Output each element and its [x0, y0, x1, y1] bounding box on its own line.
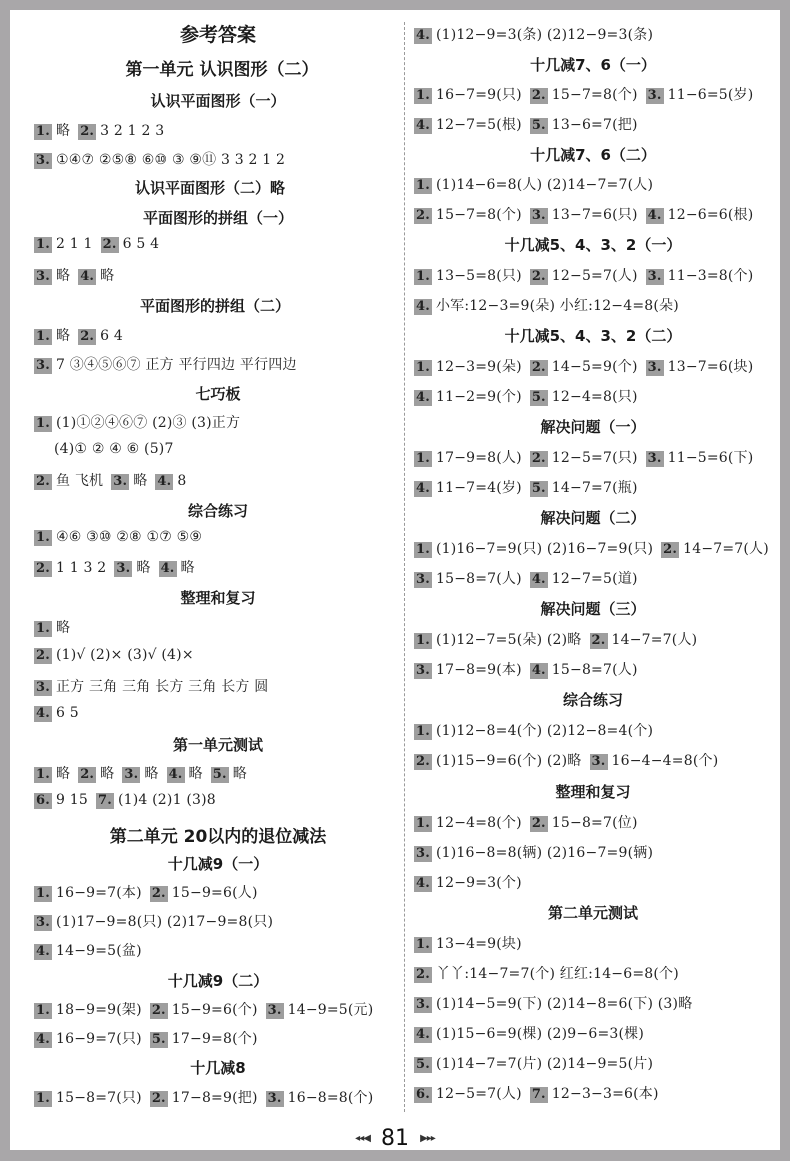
answer-line: 6.12−5=7(人)7.12−3−3=6(本) [414, 1083, 667, 1103]
question-number-badge: 4. [530, 663, 548, 679]
section-title: 解决问题（一） [540, 416, 645, 437]
answer-item: 2.17−8=9(把) [150, 1090, 258, 1106]
answer-text: 6 5 4 [123, 236, 160, 252]
answer-text: 15−9=6(个) [172, 1002, 258, 1018]
section-title: 认识平面图形（一） [150, 90, 285, 111]
answer-line: 1.17−9=8(人)2.12−5=7(只)3.11−5=6(下) [414, 447, 761, 467]
answer-item: 1.17−9=8(人) [414, 450, 522, 466]
answer-item: 2.15−7=8(个) [530, 87, 638, 103]
section-title: 第一单元测试 [173, 734, 263, 755]
answer-line: 3.(1)14−5=9(下) (2)14−8=6(下) (3)略 [414, 993, 700, 1013]
answer-text: 14−7=7(人) [612, 632, 698, 648]
answer-item: 1.12−3=9(朵) [414, 359, 522, 375]
answer-text: 14−9=5(盆) [56, 943, 142, 959]
answer-item: 5.略 [211, 766, 247, 782]
question-number-badge: 3. [646, 451, 664, 467]
answer-item: 1.15−8=7(只) [34, 1090, 142, 1106]
section-title: 解决问题（二） [540, 507, 645, 528]
question-number-badge: 3. [114, 561, 132, 577]
answer-line: 3.略4.略 [34, 265, 122, 285]
answer-item: 3.略 [114, 560, 150, 576]
answer-line: 1.13−4=9(块) [414, 933, 530, 953]
question-number-badge: 1. [414, 88, 432, 104]
answer-text: 17−8=9(把) [172, 1090, 258, 1106]
answer-item: 1.(1)12−7=5(朵) (2)略 [414, 632, 582, 648]
answer-text: 9 15 [56, 792, 88, 808]
answer-item: 4.16−9=7(只) [34, 1031, 142, 1047]
answer-line: 4.12−7=5(根)5.13−6=7(把) [414, 114, 646, 134]
question-number-badge: 3. [34, 269, 52, 285]
answer-text: 13−7=6(只) [552, 207, 638, 223]
answer-text: (1)14−5=9(下) (2)14−8=6(下) (3)略 [436, 996, 692, 1012]
question-number-badge: 4. [414, 1027, 432, 1043]
section-title: 十几减5、4、3、2（二） [505, 325, 682, 346]
question-number-badge: 2. [150, 1091, 168, 1107]
question-number-badge: 1. [34, 767, 52, 783]
question-number-badge: 4. [646, 208, 664, 224]
answer-text: 略 [56, 766, 70, 782]
question-number-badge: 3. [34, 915, 52, 931]
answer-text: 6 4 [100, 328, 123, 344]
question-number-badge: 3. [34, 153, 52, 169]
answer-text: 12−3=9(朵) [436, 359, 522, 375]
answer-item: 5.13−6=7(把) [530, 117, 638, 133]
page-number: 81 [381, 1126, 409, 1151]
answer-text: 12−7=5(根) [436, 117, 522, 133]
question-number-badge: 4. [34, 706, 52, 722]
prev-arrows-icon: ◂◂◀ [355, 1133, 370, 1144]
answer-item: 1.(1)14−6=8(人) (2)14−7=7(人) [414, 177, 653, 193]
answer-item: 2.6 5 4 [101, 236, 160, 252]
question-number-badge: 6. [414, 1087, 432, 1103]
section-title: 认识平面图形（二）略 [135, 177, 285, 198]
question-number-badge: 1. [34, 329, 52, 345]
question-number-badge: 1. [414, 451, 432, 467]
question-number-badge: 2. [590, 633, 608, 649]
answer-text: 13−5=8(只) [436, 268, 522, 284]
answer-line: 4.小军:12−3=9(朵) 小红:12−4=8(朵) [414, 295, 687, 315]
question-number-badge: 3. [34, 358, 52, 374]
answer-item: 1.13−5=8(只) [414, 268, 522, 284]
answer-line: 4.12−9=3(个) [414, 872, 530, 892]
question-number-badge: 4. [414, 28, 432, 44]
question-number-badge: 1. [414, 724, 432, 740]
answer-item: 1.(1)12−8=4(个) (2)12−8=4(个) [414, 723, 653, 739]
next-arrows-icon: ▶▸▸ [420, 1133, 435, 1144]
question-number-badge: 1. [34, 621, 52, 637]
answer-text: 2 1 1 [56, 236, 93, 252]
question-number-badge: 3. [530, 208, 548, 224]
question-number-badge: 2. [150, 1003, 168, 1019]
question-number-badge: 2. [414, 967, 432, 983]
answer-text: 18−9=9(架) [56, 1002, 142, 1018]
answer-text: 略 [56, 268, 70, 284]
section-title: 十几减8 [190, 1057, 245, 1078]
unit2-title: 第二单元 20以内的退位减法 [110, 822, 327, 847]
answer-text: 16−9=7(只) [56, 1031, 142, 1047]
question-number-badge: 2. [78, 767, 96, 783]
answer-item: 1.略 [34, 123, 70, 139]
question-number-badge: 1. [34, 416, 52, 432]
section-title: 十几减7、6（二） [530, 144, 656, 165]
answer-text: 丫丫:14−7=7(个) 红红:14−6=8(个) [436, 966, 679, 982]
answer-text: (1)17−9=8(只) (2)17−9=8(只) [56, 914, 273, 930]
question-number-badge: 5. [414, 1057, 432, 1073]
answer-text: 3 2 1 2 3 [100, 123, 164, 139]
answer-text: ④⑥ ③⑩ ②⑧ ①⑦ ⑤⑨ [56, 529, 202, 545]
question-number-badge: 3. [266, 1003, 284, 1019]
answer-item: 3.①④⑦ ②⑤⑧ ⑥⑩ ③ ⑨⑪ 3 3 2 1 2 [34, 152, 285, 168]
question-number-badge: 7. [530, 1087, 548, 1103]
answer-line: 1.(1)①②④⑥⑦ (2)③ (3)正方 [34, 412, 248, 432]
answer-text: 15−7=8(个) [436, 207, 522, 223]
answer-text: 7 ③④⑤⑥⑦ 正方 平行四边 平行四边 [56, 357, 297, 373]
answer-item: 2.略 [78, 766, 114, 782]
answer-item: 3.(1)14−5=9(下) (2)14−8=6(下) (3)略 [414, 996, 692, 1012]
question-number-badge: 4. [414, 118, 432, 134]
answer-item: 4.15−8=7(人) [530, 662, 638, 678]
answer-line: 5.(1)14−7=7(片) (2)14−9=5(片) [414, 1053, 661, 1073]
question-number-badge: 4. [155, 474, 173, 490]
answer-line: 3.15−8=7(人)4.12−7=5(道) [414, 568, 646, 588]
answer-item: 3.16−4−4=8(个) [590, 753, 719, 769]
question-number-badge: 3. [414, 572, 432, 588]
answer-text: (1)15−6=9(棵) (2)9−6=3(棵) [436, 1026, 644, 1042]
answer-line: 2.(1)15−9=6(个) (2)略3.16−4−4=8(个) [414, 750, 726, 770]
question-number-badge: 4. [78, 269, 96, 285]
question-number-badge: 3. [414, 663, 432, 679]
column-divider [404, 22, 405, 1112]
answer-item: 2.6 4 [78, 328, 123, 344]
answer-text: (1)16−8=8(辆) (2)16−7=9(辆) [436, 845, 653, 861]
answer-line: 4.16−9=7(只)5.17−9=8(个) [34, 1028, 266, 1048]
answer-text: 13−7=6(块) [668, 359, 754, 375]
answer-text: (1)12−7=5(朵) (2)略 [436, 632, 582, 648]
question-number-badge: 5. [150, 1032, 168, 1048]
answer-key-page: 参考答案 第一单元 认识图形（二） 认识平面图形（一） 1.略2.3 2 1 2… [10, 10, 780, 1150]
answer-item: 2.12−5=7(人) [530, 268, 638, 284]
question-number-badge: 2. [530, 88, 548, 104]
section-title: 十几减9（二） [168, 970, 268, 991]
question-number-badge: 2. [150, 886, 168, 902]
question-number-badge: 1. [414, 816, 432, 832]
answer-text: 11−7=4(岁) [436, 480, 522, 496]
answer-text: (1)√ (2)× (3)√ (4)× [56, 647, 194, 663]
answer-text: (1)15−9=6(个) (2)略 [436, 753, 582, 769]
answer-line: 1.16−7=9(只)2.15−7=8(个)3.11−6=5(岁) [414, 84, 761, 104]
answer-text: 15−8=7(人) [436, 571, 522, 587]
answer-text: 略 [56, 328, 70, 344]
question-number-badge: 3. [646, 360, 664, 376]
answer-text: 略 [136, 560, 150, 576]
answer-text: 11−3=8(个) [668, 268, 754, 284]
section-title: 七巧板 [195, 383, 240, 404]
answer-text: 13−6=7(把) [552, 117, 638, 133]
answer-text: (1)12−8=4(个) (2)12−8=4(个) [436, 723, 653, 739]
answer-item: 1.2 1 1 [34, 236, 93, 252]
answer-line: 3.(1)17−9=8(只) (2)17−9=8(只) [34, 911, 281, 931]
question-number-badge: 2. [530, 816, 548, 832]
answer-text: 12−5=7(只) [552, 450, 638, 466]
answer-text: 略 [100, 268, 114, 284]
question-number-badge: 1. [34, 530, 52, 546]
question-number-badge: 4. [414, 481, 432, 497]
answer-item: 1.12−4=8(个) [414, 815, 522, 831]
answer-line: 1.(1)12−7=5(朵) (2)略2.14−7=7(人) [414, 629, 705, 649]
answer-item: 4.略 [78, 268, 114, 284]
answer-item: 2.15−7=8(个) [414, 207, 522, 223]
question-number-badge: 4. [34, 944, 52, 960]
answer-text: 11−5=6(下) [668, 450, 754, 466]
question-number-badge: 4. [34, 1032, 52, 1048]
question-number-badge: 3. [590, 754, 608, 770]
answer-item: 1.18−9=9(架) [34, 1002, 142, 1018]
answer-text: 略 [144, 766, 158, 782]
answer-text: (1)14−7=7(片) (2)14−9=5(片) [436, 1056, 653, 1072]
question-number-badge: 5. [530, 390, 548, 406]
answer-text: 16−7=9(只) [436, 87, 522, 103]
question-number-badge: 1. [414, 269, 432, 285]
answer-line: 1.2 1 12.6 5 4 [34, 236, 167, 253]
answer-text: 8 [177, 473, 186, 489]
section-title: 整理和复习 [180, 587, 255, 608]
answer-item: 5.17−9=8(个) [150, 1031, 258, 1047]
answer-item: 2.14−7=7(人) [590, 632, 698, 648]
answer-item: 6.9 15 [34, 792, 88, 808]
answer-text: (1)12−9=3(条) (2)12−9=3(条) [436, 27, 653, 43]
answer-line: 4.(1)12−9=3(条) (2)12−9=3(条) [414, 24, 661, 44]
answer-text: ①④⑦ ②⑤⑧ ⑥⑩ ③ ⑨⑪ 3 3 2 1 2 [56, 152, 285, 168]
answer-text: 6 5 [56, 705, 79, 721]
answer-line: 1.略2.3 2 1 2 3 [34, 120, 172, 140]
answer-text: 11−6=5(岁) [668, 87, 754, 103]
section-title: 十几减9（一） [168, 853, 268, 874]
answer-item: 4.11−2=9(个) [414, 389, 522, 405]
question-number-badge: 2. [34, 561, 52, 577]
answer-item: 4.12−7=5(根) [414, 117, 522, 133]
answer-line: 1.④⑥ ③⑩ ②⑧ ①⑦ ⑤⑨ [34, 529, 210, 546]
answer-item: 3.15−8=7(人) [414, 571, 522, 587]
answer-item: 3.13−7=6(只) [530, 207, 638, 223]
answer-text: 略 [133, 473, 147, 489]
answer-text: 14−7=7(瓶) [552, 480, 638, 496]
answer-text: 略 [233, 766, 247, 782]
answer-item: 1.(1)①②④⑥⑦ (2)③ (3)正方 [34, 415, 240, 431]
answer-item: 2.1 1 3 2 [34, 560, 106, 576]
answer-line: 3.(1)16−8=8(辆) (2)16−7=9(辆) [414, 842, 661, 862]
section-title: 综合练习 [188, 500, 248, 521]
question-number-badge: 2. [34, 474, 52, 490]
answer-text: 14−5=9(个) [552, 359, 638, 375]
answer-item: 4.12−9=3(个) [414, 875, 522, 891]
answer-item: 5.12−4=8(只) [530, 389, 638, 405]
section-title: 综合练习 [563, 689, 623, 710]
answer-text: 15−8=7(位) [552, 815, 638, 831]
answer-text: 略 [56, 620, 70, 636]
answer-item: 3.14−9=5(元) [266, 1002, 374, 1018]
answer-text: 17−8=9(本) [436, 662, 522, 678]
answer-item: 3.16−8=8(个) [266, 1090, 374, 1106]
question-number-badge: 5. [530, 118, 548, 134]
question-number-badge: 2. [101, 237, 119, 253]
question-number-badge: 4. [159, 561, 177, 577]
answer-text: 14−7=7(人) [683, 541, 769, 557]
question-number-badge: 6. [34, 793, 52, 809]
question-number-badge: 4. [414, 299, 432, 315]
answer-line: 1.16−9=7(本)2.15−9=6(人) [34, 882, 266, 902]
question-number-badge: 4. [167, 767, 185, 783]
question-number-badge: 1. [414, 178, 432, 194]
answer-text: (1)16−7=9(只) (2)16−7=9(只) [436, 541, 653, 557]
question-number-badge: 1. [414, 937, 432, 953]
answer-line: 3.正方 三角 三角 长方 三角 长方 圆 [34, 676, 277, 696]
answer-item: 3.7 ③④⑤⑥⑦ 正方 平行四边 平行四边 [34, 357, 297, 373]
question-number-badge: 2. [530, 360, 548, 376]
answer-line: 1.略2.6 4 [34, 325, 131, 345]
question-number-badge: 3. [111, 474, 129, 490]
answer-item: 2.14−7=7(人) [661, 541, 769, 557]
answer-item: 4.(1)12−9=3(条) (2)12−9=3(条) [414, 27, 653, 43]
answer-text: 小军:12−3=9(朵) 小红:12−4=8(朵) [436, 298, 679, 314]
answer-text: 略 [189, 766, 203, 782]
answer-line: 4.11−7=4(岁)5.14−7=7(瓶) [414, 477, 646, 497]
question-number-badge: 2. [414, 208, 432, 224]
answer-item: 4.8 [155, 473, 186, 489]
question-number-badge: 1. [34, 886, 52, 902]
question-number-badge: 2. [34, 648, 52, 664]
answer-line: 4.11−2=9(个)5.12−4=8(只) [414, 386, 646, 406]
answer-item: 4.略 [159, 560, 195, 576]
answer-item: 2.(1)15−9=6(个) (2)略 [414, 753, 582, 769]
answer-line: 4.(1)15−6=9(棵) (2)9−6=3(棵) [414, 1023, 652, 1043]
answer-line: (4)① ② ④ ⑥ (5)7 [54, 441, 174, 457]
answer-item: 3.略 [34, 268, 70, 284]
question-number-badge: 1. [34, 237, 52, 253]
answer-text: 略 [100, 766, 114, 782]
section-title: 十几减5、4、3、2（一） [505, 234, 682, 255]
answer-text: 13−4=9(块) [436, 936, 522, 952]
page-title: 参考答案 [180, 20, 256, 47]
answer-text: 17−9=8(人) [436, 450, 522, 466]
answer-text: 16−9=7(本) [56, 885, 142, 901]
answer-item: 4.小军:12−3=9(朵) 小红:12−4=8(朵) [414, 298, 679, 314]
answer-text: 16−8=8(个) [288, 1090, 374, 1106]
answer-text: 12−5=7(人) [552, 268, 638, 284]
answer-line: 1.15−8=7(只)2.17−8=9(把)3.16−8=8(个) [34, 1087, 381, 1107]
answer-line: 4.14−9=5(盆) [34, 940, 150, 960]
answer-text: 16−4−4=8(个) [612, 753, 719, 769]
answer-item: 4.14−9=5(盆) [34, 943, 142, 959]
question-number-badge: 1. [34, 1091, 52, 1107]
question-number-badge: 5. [211, 767, 229, 783]
answer-line: 2.15−7=8(个)3.13−7=6(只)4.12−6=6(根) [414, 204, 761, 224]
answer-item: 4.(1)15−6=9(棵) (2)9−6=3(棵) [414, 1026, 644, 1042]
question-number-badge: 3. [34, 680, 52, 696]
answer-item: 2.3 2 1 2 3 [78, 123, 164, 139]
answer-item: 3.17−8=9(本) [414, 662, 522, 678]
question-number-badge: 1. [414, 633, 432, 649]
answer-text: 14−9=5(元) [288, 1002, 374, 1018]
question-number-badge: 2. [530, 451, 548, 467]
section-title: 解决问题（三） [540, 598, 645, 619]
question-number-badge: 1. [34, 1003, 52, 1019]
answer-text: 略 [56, 123, 70, 139]
answer-item: 4.6 5 [34, 705, 79, 721]
answer-item: 2.(1)√ (2)× (3)√ (4)× [34, 647, 194, 663]
answer-line: 1.略 [34, 617, 78, 637]
answer-line: 1.略2.略3.略4.略5.略 [34, 763, 255, 783]
question-number-badge: 7. [96, 793, 114, 809]
answer-text: 15−9=6(人) [172, 885, 258, 901]
answer-item: 7.12−3−3=6(本) [530, 1086, 659, 1102]
answer-item: 4.略 [167, 766, 203, 782]
answer-line: 3.17−8=9(本)4.15−8=7(人) [414, 659, 646, 679]
answer-item: 1.略 [34, 766, 70, 782]
answer-text: (1)①②④⑥⑦ (2)③ (3)正方 [56, 415, 240, 431]
question-number-badge: 3. [122, 767, 140, 783]
answer-line: 2.丫丫:14−7=7(个) 红红:14−6=8(个) [414, 963, 687, 983]
answer-text: 12−3−3=6(本) [552, 1086, 659, 1102]
answer-line: 2.鱼 飞机3.略4.8 [34, 470, 195, 490]
answer-item: 4.11−7=4(岁) [414, 480, 522, 496]
answer-item: 6.12−5=7(人) [414, 1086, 522, 1102]
answer-text: 12−9=3(个) [436, 875, 522, 891]
answer-item: 3.略 [122, 766, 158, 782]
question-number-badge: 1. [34, 124, 52, 140]
answer-item: 3.13−7=6(块) [646, 359, 754, 375]
answer-text: 略 [181, 560, 195, 576]
answer-item: 2.丫丫:14−7=7(个) 红红:14−6=8(个) [414, 966, 679, 982]
answer-text: 17−9=8(个) [172, 1031, 258, 1047]
answer-item: 1.④⑥ ③⑩ ②⑧ ①⑦ ⑤⑨ [34, 529, 202, 545]
answer-text: (1)14−6=8(人) (2)14−7=7(人) [436, 177, 653, 193]
answer-line: 1.12−4=8(个)2.15−8=7(位) [414, 812, 646, 832]
answer-item: 3.11−5=6(下) [646, 450, 754, 466]
answer-line: 2.1 1 3 23.略4.略 [34, 557, 203, 577]
answer-text: 12−7=5(道) [552, 571, 638, 587]
question-number-badge: 3. [266, 1091, 284, 1107]
answer-line: 1.12−3=9(朵)2.14−5=9(个)3.13−7=6(块) [414, 356, 761, 376]
answer-item: 2.15−8=7(位) [530, 815, 638, 831]
answer-item: 5.14−7=7(瓶) [530, 480, 638, 496]
answer-item: 1.略 [34, 620, 70, 636]
question-number-badge: 2. [414, 754, 432, 770]
answer-text: 15−8=7(只) [56, 1090, 142, 1106]
answer-text: 15−8=7(人) [552, 662, 638, 678]
answer-item: 3.略 [111, 473, 147, 489]
answer-text: 鱼 飞机 [56, 473, 103, 489]
answer-item: 2.15−9=6(个) [150, 1002, 258, 1018]
answer-item: 3.正方 三角 三角 长方 三角 长方 圆 [34, 679, 269, 695]
answer-line: 2.(1)√ (2)× (3)√ (4)× [34, 647, 202, 664]
answer-item: 1.(1)16−7=9(只) (2)16−7=9(只) [414, 541, 653, 557]
question-number-badge: 3. [414, 997, 432, 1013]
answer-text: 12−5=7(人) [436, 1086, 522, 1102]
answer-text: 正方 三角 三角 长方 三角 长方 圆 [56, 679, 269, 695]
question-number-badge: 2. [661, 542, 679, 558]
question-number-badge: 4. [414, 390, 432, 406]
answer-item: 7.(1)4 (2)1 (3)8 [96, 792, 216, 808]
answer-line: 1.18−9=9(架)2.15−9=6(个)3.14−9=5(元) [34, 999, 381, 1019]
section-title: 平面图形的拼组（一） [143, 207, 293, 228]
answer-line: 4.6 5 [34, 705, 87, 722]
answer-item: 3.11−6=5(岁) [646, 87, 754, 103]
answer-line: 1.13−5=8(只)2.12−5=7(人)3.11−3=8(个) [414, 265, 761, 285]
answer-item: 3.(1)17−9=8(只) (2)17−9=8(只) [34, 914, 273, 930]
question-number-badge: 2. [530, 269, 548, 285]
answer-text: 15−7=8(个) [552, 87, 638, 103]
answer-item: 3.11−3=8(个) [646, 268, 754, 284]
